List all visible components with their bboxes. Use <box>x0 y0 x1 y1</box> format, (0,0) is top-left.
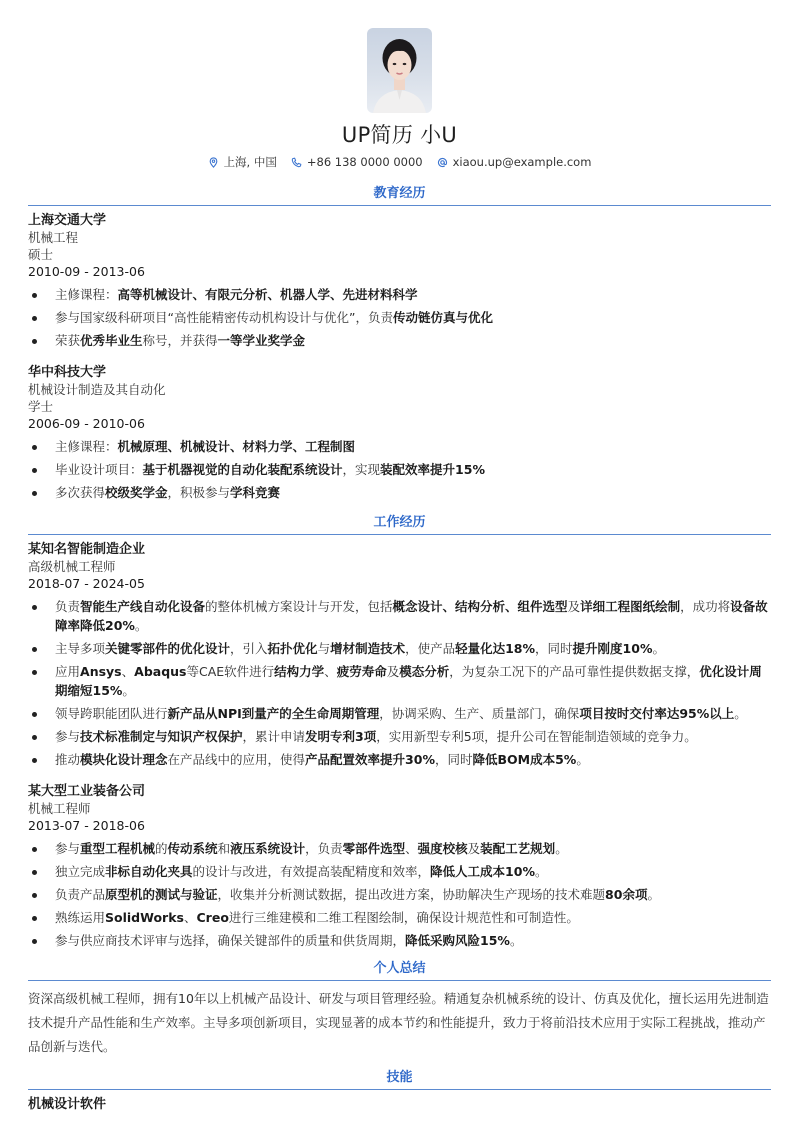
text-run: 的设计与改进，有效提高装配精度和效率， <box>193 864 431 879</box>
section-title-work: 工作经历 <box>28 514 771 535</box>
text-run: 。 <box>555 841 568 856</box>
skills-list: 机械设计软件 <box>28 1096 771 1113</box>
text-run: 参与国家级科研项目“高性能精密传动机构设计与优化”，负责 <box>55 310 393 325</box>
bullet-item: 应用Ansys、Abaqus等CAE软件进行结构力学、疲劳寿命及模态分析，为复杂… <box>28 662 771 700</box>
text-run: 。 <box>652 641 665 656</box>
work-list: 某知名智能制造企业高级机械工程师2018-07 - 2024-05负责智能生产线… <box>28 541 771 950</box>
text-run: 进行三维建模和二维工程图绘制，确保设计规范性和可制造性。 <box>229 910 579 925</box>
bullet-item: 参与供应商技术评审与选择，确保关键部件的质量和供货周期，降低采购风险15%。 <box>28 931 771 950</box>
text-run: 等CAE软件进行 <box>186 664 274 679</box>
text-run: 应用 <box>55 664 80 679</box>
degree: 学士 <box>28 398 771 415</box>
text-run: 主导多项 <box>55 641 105 656</box>
location-text: 上海, 中国 <box>224 153 277 171</box>
text-run: 、 <box>405 841 418 856</box>
education-list: 上海交通大学机械工程硕士2010-09 - 2013-06主修课程：高等机械设计… <box>28 212 771 502</box>
contact-email[interactable]: xiaou.up@example.com <box>437 153 592 171</box>
text-run: 的 <box>155 841 168 856</box>
bullet-item: 独立完成非标自动化夹具的设计与改进，有效提高装配精度和效率，降低人工成本10%。 <box>28 862 771 881</box>
bold-text: 装配效率提升15% <box>380 462 485 477</box>
text-run: 多次获得 <box>55 485 105 500</box>
bold-text: 技术标准制定与知识产权保护 <box>80 729 243 744</box>
bullet-item: 参与国家级科研项目“高性能精密传动机构设计与优化”，负责传动链仿真与优化 <box>28 308 771 327</box>
text-run: 。 <box>510 933 523 948</box>
bold-text: 装配工艺规划 <box>480 841 555 856</box>
bold-text: 原型机的测试与验证 <box>105 887 218 902</box>
bold-text: 提升刚度10% <box>573 641 653 656</box>
bold-text: 传动链仿真与优化 <box>393 310 493 325</box>
school-name: 华中科技大学 <box>28 364 771 381</box>
text-run: ，引入 <box>230 641 268 656</box>
section-title-skills: 技能 <box>28 1069 771 1090</box>
text-run: ，成功将 <box>680 599 730 614</box>
text-run: 主修课程： <box>55 287 118 302</box>
bold-text: 强度校核 <box>418 841 468 856</box>
text-run: 。 <box>122 683 135 698</box>
phone-icon <box>291 157 302 168</box>
bold-text: 发明专利3项 <box>305 729 376 744</box>
degree: 硕士 <box>28 246 771 263</box>
text-run: 。 <box>647 887 660 902</box>
bold-text: 新产品从NPI到量产的全生命周期管理 <box>168 706 380 721</box>
resume-header: UP简历 小U 上海, 中国 +86 138 0000 0000 <box>28 0 771 171</box>
bold-text: 结构力学 <box>274 664 324 679</box>
bold-text: 机械原理、机械设计、材料力学、工程制图 <box>118 439 356 454</box>
text-run: 负责 <box>55 599 80 614</box>
profile-photo <box>367 28 432 113</box>
bullet-item: 主修课程：高等机械设计、有限元分析、机器人学、先进材料科学 <box>28 285 771 304</box>
skill-category: 机械设计软件 <box>28 1096 771 1113</box>
date-range: 2013-07 - 2018-06 <box>28 817 771 834</box>
summary-text: 资深高级机械工程师，拥有10年以上机械产品设计、研发与项目管理经验。精通复杂机械… <box>28 987 771 1059</box>
date-range: 2006-09 - 2010-06 <box>28 415 771 432</box>
education-entry: 上海交通大学机械工程硕士2010-09 - 2013-06主修课程：高等机械设计… <box>28 212 771 350</box>
bullet-list: 主修课程：机械原理、机械设计、材料力学、工程制图毕业设计项目：基于机器视觉的自动… <box>28 437 771 502</box>
text-run: 。 <box>734 706 747 721</box>
bold-text: 疲劳寿命 <box>337 664 387 679</box>
phone-text: +86 138 0000 0000 <box>307 153 423 171</box>
bold-text: 高等机械设计、有限元分析、机器人学、先进材料科学 <box>118 287 418 302</box>
text-run: ，负责 <box>305 841 343 856</box>
text-run: 、 <box>184 910 197 925</box>
bullet-list: 负责智能生产线自动化设备的整体机械方案设计与开发，包括概念设计、结构分析、组件选… <box>28 597 771 769</box>
location-pin-icon <box>208 157 219 168</box>
bold-text: Ansys <box>80 664 122 679</box>
text-run: 参与供应商技术评审与选择，确保关键部件的质量和供货周期， <box>55 933 405 948</box>
bold-text: 传动系统 <box>168 841 218 856</box>
job-role: 机械工程师 <box>28 800 771 817</box>
at-sign-icon <box>437 157 448 168</box>
bold-text: 液压系统设计 <box>230 841 305 856</box>
text-run: 独立完成 <box>55 864 105 879</box>
section-title-education: 教育经历 <box>28 185 771 206</box>
text-run: 及 <box>568 599 581 614</box>
work-entry: 某大型工业装备公司机械工程师2013-07 - 2018-06参与重型工程机械的… <box>28 783 771 950</box>
bold-text: 概念设计、结构分析、组件选型 <box>393 599 568 614</box>
bullet-list: 主修课程：高等机械设计、有限元分析、机器人学、先进材料科学参与国家级科研项目“高… <box>28 285 771 350</box>
candidate-name: UP简历 小U <box>28 121 771 149</box>
text-run: ，累计申请 <box>243 729 306 744</box>
text-run: 和 <box>218 841 231 856</box>
bold-text: 一等学业奖学金 <box>218 333 306 348</box>
text-run: 熟练运用 <box>55 910 105 925</box>
bullet-item: 多次获得校级奖学金，积极参与学科竞赛 <box>28 483 771 502</box>
bullet-item: 参与技术标准制定与知识产权保护，累计申请发明专利3项，实用新型专利5项，提升公司… <box>28 727 771 746</box>
bold-text: Abaqus <box>134 664 186 679</box>
bold-text: SolidWorks <box>105 910 184 925</box>
bold-text: 降低采购风险15% <box>405 933 510 948</box>
date-range: 2018-07 - 2024-05 <box>28 575 771 592</box>
text-run: ，实现 <box>343 462 381 477</box>
company-name: 某大型工业装备公司 <box>28 783 771 800</box>
text-run: 推动 <box>55 752 80 767</box>
bold-text: 智能生产线自动化设备 <box>80 599 205 614</box>
portrait-image <box>367 28 432 113</box>
text-run: ，实用新型专利5项，提升公司在智能制造领域的竞争力。 <box>376 729 696 744</box>
bold-text: 80余项 <box>605 887 647 902</box>
bullet-item: 负责产品原型机的测试与验证，收集并分析测试数据，提出改进方案，协助解决生产现场的… <box>28 885 771 904</box>
bold-text: 降低BOM成本5% <box>472 752 576 767</box>
text-run: ，同时 <box>435 752 473 767</box>
bold-text: 基于机器视觉的自动化装配系统设计 <box>143 462 343 477</box>
text-run: ，为复杂工况下的产品可靠性提供数据支撑， <box>449 664 699 679</box>
bullet-item: 熟练运用SolidWorks、Creo进行三维建模和二维工程图绘制，确保设计规范… <box>28 908 771 927</box>
text-run: 及 <box>468 841 481 856</box>
bold-text: 产品配置效率提升30% <box>305 752 435 767</box>
job-role: 高级机械工程师 <box>28 558 771 575</box>
bold-text: 详细工程图纸绘制 <box>580 599 680 614</box>
text-run: ，收集并分析测试数据，提出改进方案，协助解决生产现场的技术难题 <box>218 887 606 902</box>
bold-text: 非标自动化夹具 <box>105 864 193 879</box>
bullet-list: 参与重型工程机械的传动系统和液压系统设计，负责零部件选型、强度校核及装配工艺规划… <box>28 839 771 950</box>
bullet-item: 推动模块化设计理念在产品线中的应用，使得产品配置效率提升30%，同时降低BOM成… <box>28 750 771 769</box>
bold-text: 关键零部件的优化设计 <box>105 641 230 656</box>
bold-text: 轻量化达18% <box>455 641 535 656</box>
email-text: xiaou.up@example.com <box>453 153 592 171</box>
bullet-item: 领导跨职能团队进行新产品从NPI到量产的全生命周期管理，协调采购、生产、质量部门… <box>28 704 771 723</box>
bold-text: 校级奖学金 <box>105 485 168 500</box>
bold-text: Creo <box>197 910 229 925</box>
bold-text: 拓扑优化 <box>268 641 318 656</box>
bold-text: 零部件选型 <box>343 841 406 856</box>
bullet-item: 参与重型工程机械的传动系统和液压系统设计，负责零部件选型、强度校核及装配工艺规划… <box>28 839 771 858</box>
text-run: 与 <box>318 641 331 656</box>
text-run: 领导跨职能团队进行 <box>55 706 168 721</box>
text-run: 。 <box>135 618 148 633</box>
text-run: 荣获 <box>55 333 80 348</box>
text-run: 参与 <box>55 841 80 856</box>
bullet-item: 主导多项关键零部件的优化设计，引入拓扑优化与增材制造技术，使产品轻量化达18%，… <box>28 639 771 658</box>
bold-text: 项目按时交付率达95%以上 <box>579 706 734 721</box>
work-entry: 某知名智能制造企业高级机械工程师2018-07 - 2024-05负责智能生产线… <box>28 541 771 769</box>
text-run: ，同时 <box>535 641 573 656</box>
education-entry: 华中科技大学机械设计制造及其自动化学士2006-09 - 2010-06主修课程… <box>28 364 771 502</box>
text-run: 。 <box>576 752 589 767</box>
bold-text: 重型工程机械 <box>80 841 155 856</box>
text-run: 称号，并获得 <box>143 333 218 348</box>
text-run: 主修课程： <box>55 439 118 454</box>
text-run: ，使产品 <box>405 641 455 656</box>
bullet-item: 负责智能生产线自动化设备的整体机械方案设计与开发，包括概念设计、结构分析、组件选… <box>28 597 771 635</box>
bold-text: 模块化设计理念 <box>80 752 168 767</box>
text-run: 在产品线中的应用，使得 <box>168 752 306 767</box>
bold-text: 增材制造技术 <box>330 641 405 656</box>
text-run: 、 <box>324 664 337 679</box>
text-run: 、 <box>122 664 135 679</box>
text-run: ，积极参与 <box>168 485 231 500</box>
contact-phone[interactable]: +86 138 0000 0000 <box>291 153 423 171</box>
contact-location: 上海, 中国 <box>208 153 277 171</box>
major: 机械工程 <box>28 229 771 246</box>
text-run: 负责产品 <box>55 887 105 902</box>
school-name: 上海交通大学 <box>28 212 771 229</box>
bold-text: 优秀毕业生 <box>80 333 143 348</box>
company-name: 某知名智能制造企业 <box>28 541 771 558</box>
bullet-item: 主修课程：机械原理、机械设计、材料力学、工程制图 <box>28 437 771 456</box>
contact-info: 上海, 中国 +86 138 0000 0000 xiaou.up@exampl… <box>28 153 771 171</box>
text-run: 参与 <box>55 729 80 744</box>
bold-text: 学科竞赛 <box>230 485 280 500</box>
date-range: 2010-09 - 2013-06 <box>28 263 771 280</box>
bold-text: 降低人工成本10% <box>430 864 535 879</box>
bold-text: 模态分析 <box>399 664 449 679</box>
text-run: 的整体机械方案设计与开发，包括 <box>205 599 393 614</box>
major: 机械设计制造及其自动化 <box>28 381 771 398</box>
text-run: 毕业设计项目： <box>55 462 143 477</box>
resume-page: UP简历 小U 上海, 中国 +86 138 0000 0000 <box>0 0 799 1113</box>
text-run: 及 <box>387 664 400 679</box>
section-title-summary: 个人总结 <box>28 960 771 981</box>
bullet-item: 荣获优秀毕业生称号，并获得一等学业奖学金 <box>28 331 771 350</box>
bullet-item: 毕业设计项目：基于机器视觉的自动化装配系统设计，实现装配效率提升15% <box>28 460 771 479</box>
text-run: ，协调采购、生产、质量部门，确保 <box>379 706 579 721</box>
text-run: 。 <box>535 864 548 879</box>
